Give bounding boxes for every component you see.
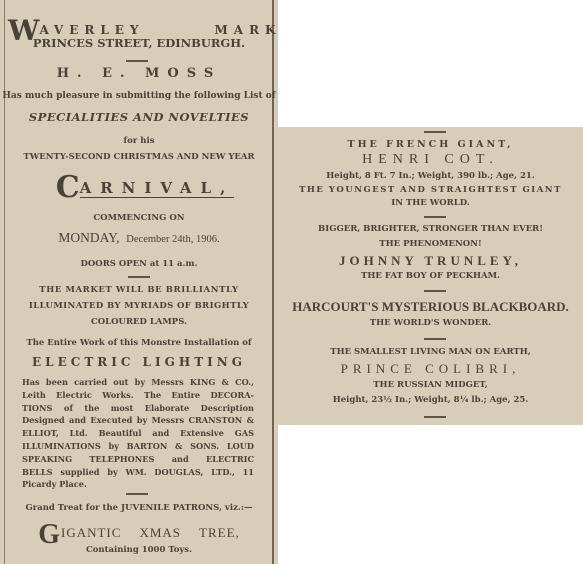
intro-text: Has much pleasure in submitting the foll… [0,91,278,101]
prince-colibri-name: PRINCE COLIBRI, [278,361,583,377]
grand-treat-text: Grand Treat for the JUVENILE PATRONS, vi… [0,503,278,513]
carnival-heading: CARNIVAL, [0,170,278,205]
drop-cap: C [56,170,80,205]
market-line-3: COLOURED LAMPS. [0,317,278,327]
henri-cot-stats: Height, 8 Ft. 7 In.; Weight, 390 lb.; Ag… [278,171,583,181]
opening-date: MONDAY, December 24th, 1906. [0,230,278,246]
worlds-wonder-text: THE WORLD'S WONDER. [278,318,583,328]
youngest-line-2: IN THE WORLD. [278,198,583,208]
specialities-heading: SPECIALITIES AND NOVELTIES [0,110,278,124]
newspaper-clipping-left: WAVERLEYMARKET, PRINCES STREET, EDINBURG… [0,0,278,564]
separator-rule [126,60,148,62]
separator-rule [424,216,446,218]
phenomenon-text: THE PHENOMENON! [278,239,583,249]
smallest-man-text: THE SMALLEST LIVING MAN ON EARTH, [278,347,583,357]
separator-rule [126,493,148,495]
johnny-trunley-name: JOHNNY TRUNLEY, [278,253,583,269]
column-rule-left [4,0,5,564]
separator-rule [424,290,446,292]
newspaper-clipping-right: THE FRENCH GIANT, HENRI COT. Height, 8 F… [278,127,583,425]
prince-colibri-stats: Height, 23½ In.; Weight, 8¼ lb.; Age, 25… [278,395,583,405]
doors-open-text: DOORS OPEN at 11 a.m. [0,259,278,269]
toys-text: Containing 1000 Toys. [0,545,278,555]
column-rule-right [272,0,274,564]
fat-boy-text: THE FAT BOY OF PECKHAM. [278,271,583,281]
for-his-text: for his [0,136,278,146]
bigger-brighter-text: BIGGER, BRIGHTER, STRONGER THAN EVER! [278,224,583,234]
venue-address: PRINCES STREET, EDINBURGH. [0,36,278,50]
market-line-1: THE MARKET WILL BE BRILLIANTLY [0,285,278,295]
proprietor-name: H. E. MOSS [0,66,278,81]
installation-intro: The Entire Work of this Monstre Installa… [0,338,278,348]
french-giant-heading: THE FRENCH GIANT, [278,139,583,150]
harcourt-blackboard-heading: HARCOURT'S MYSTERIOUS BLACKBOARD. [278,299,583,315]
henri-cot-name: HENRI COT. [278,152,583,168]
separator-rule [424,131,446,133]
separator-rule [424,416,446,418]
russian-midget-text: THE RUSSIAN MIDGET, [278,380,583,390]
market-line-2: ILLUMINATED BY MYRIADS OF BRIGHTLY [0,301,278,311]
youngest-line-1: THE YOUNGEST AND STRAIGHTEST GIANT [278,185,583,195]
separator-rule [128,276,150,278]
electric-lighting-heading: ELECTRIC LIGHTING [0,355,278,369]
commencing-text: COMMENCING ON [0,213,278,223]
separator-rule [424,338,446,340]
contractors-paragraph: Has been carried out by Messrs KING & CO… [22,376,254,491]
occasion-text: TWENTY-SECOND CHRISTMAS AND NEW YEAR [0,152,278,162]
